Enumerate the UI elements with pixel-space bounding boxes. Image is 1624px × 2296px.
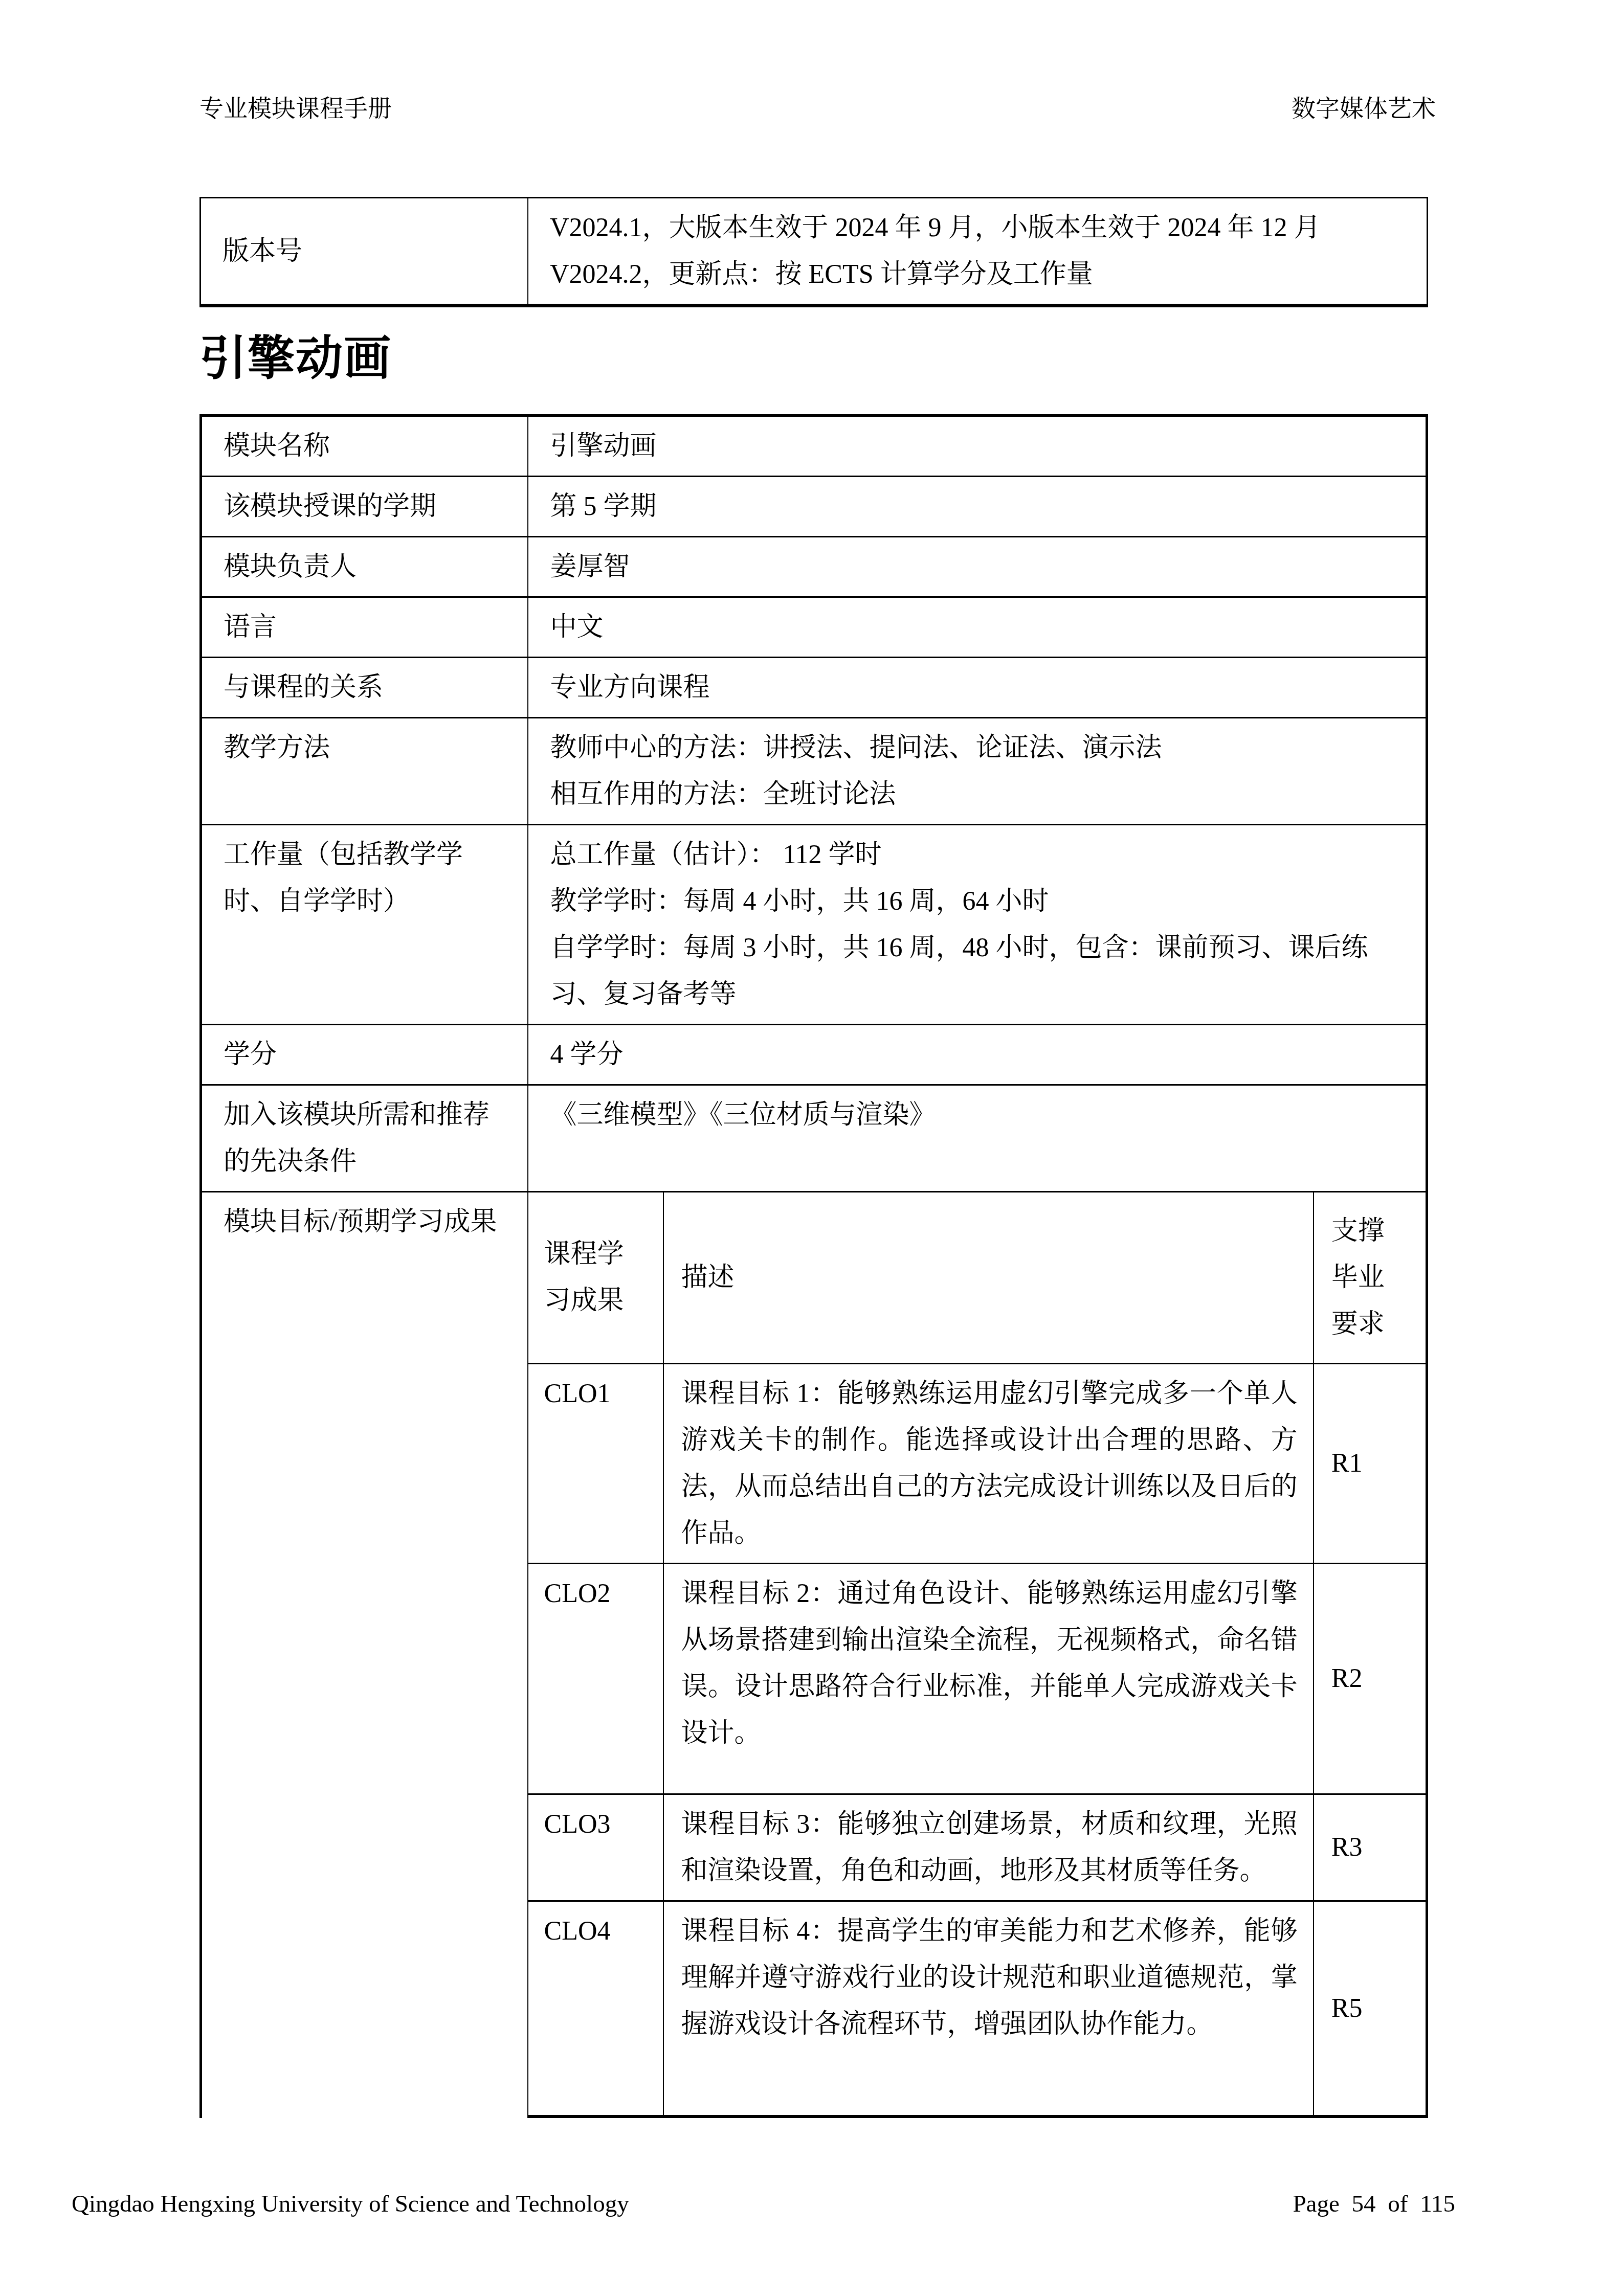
- header-right-text: 数字媒体艺术: [1292, 95, 1436, 123]
- row-label: 模块名称: [201, 415, 528, 476]
- clo-description: 课程目标 2：通过角色设计、能够熟练运用虚幻引擎从场景搭建到输出渲染全流程，无视…: [663, 1563, 1314, 1794]
- outcomes-header-row: 课程学习成果 描述 支撑毕业要求: [528, 1192, 1426, 1364]
- row-value: 第 5 学期: [528, 476, 1427, 536]
- page-content: 版本号 V2024.1，大版本生效于 2024 年 9 月，小版本生效于 202…: [199, 197, 1428, 2118]
- row-label: 教学方法: [201, 717, 528, 824]
- table-row-prerequisites: 加入该模块所需和推荐的先决条件 《三维模型》《三位材质与渲染》: [201, 1085, 1427, 1191]
- table-row-credits: 学分 4 学分: [201, 1024, 1427, 1085]
- table-row-workload: 工作量（包括教学学时、自学学时） 总工作量（估计）： 112 学时 教学学时：每…: [201, 824, 1427, 1024]
- row-label: 学分: [201, 1024, 528, 1085]
- outcomes-row-clo3: CLO3 课程目标 3：能够独立创建场景，材质和纹理，光照和渲染设置，角色和动画…: [528, 1794, 1426, 1901]
- workload-line-1: 总工作量（估计）： 112 学时: [550, 831, 1410, 878]
- clo-description: 课程目标 1：能够熟练运用虚幻引擎完成多一个单人游戏关卡的制作。能选择或设计出合…: [663, 1363, 1314, 1563]
- teaching-method-line-2: 相互作用的方法：全班讨论法: [550, 771, 1410, 818]
- header-left-text: 专业模块课程手册: [199, 95, 392, 123]
- table-row-module-leader: 模块负责人 姜厚智: [201, 536, 1427, 597]
- row-label: 加入该模块所需和推荐的先决条件: [201, 1085, 528, 1191]
- clo-requirement: R2: [1314, 1563, 1426, 1794]
- outcomes-row-clo2: CLO2 课程目标 2：通过角色设计、能够熟练运用虚幻引擎从场景搭建到输出渲染全…: [528, 1563, 1426, 1794]
- table-row-curriculum-relation: 与课程的关系 专业方向课程: [201, 657, 1427, 717]
- row-value: 引擎动画: [528, 415, 1427, 476]
- footer-institution-text: Qingdao Hengxing University of Science a…: [72, 2190, 629, 2218]
- outcomes-col-header-clo: 课程学习成果: [528, 1192, 663, 1364]
- clo-id: CLO1: [528, 1363, 663, 1563]
- row-value: 专业方向课程: [528, 657, 1427, 717]
- module-table: 模块名称 引擎动画 该模块授课的学期 第 5 学期 模块负责人 姜厚智 语言 中…: [199, 414, 1428, 2118]
- table-row-semester: 该模块授课的学期 第 5 学期: [201, 476, 1427, 536]
- version-line-2: V2024.2，更新点：按 ECTS 计算学分及工作量: [550, 251, 1411, 298]
- outcomes-label: 模块目标/预期学习成果: [201, 1191, 528, 2118]
- clo-description: 课程目标 3：能够独立创建场景，材质和纹理，光照和渲染设置，角色和动画，地形及其…: [663, 1794, 1314, 1901]
- outcomes-row-clo4: CLO4 课程目标 4：提高学生的审美能力和艺术修养，能够理解并遵守游戏行业的设…: [528, 1901, 1426, 2117]
- row-label: 该模块授课的学期: [201, 476, 528, 536]
- row-value: 中文: [528, 597, 1427, 657]
- outcomes-cell: 课程学习成果 描述 支撑毕业要求 CLO1 课程目标 1：能够熟练运用虚幻引擎完…: [528, 1191, 1427, 2118]
- table-row-outcomes: 模块目标/预期学习成果 课程学习成果 描述 支撑毕业要求: [201, 1191, 1427, 2118]
- row-value: 姜厚智: [528, 536, 1427, 597]
- row-value: 教师中心的方法：讲授法、提问法、论证法、演示法 相互作用的方法：全班讨论法: [528, 717, 1427, 824]
- clo-id: CLO3: [528, 1794, 663, 1901]
- row-label: 工作量（包括教学学时、自学学时）: [201, 824, 528, 1024]
- page-header: 专业模块课程手册 数字媒体艺术: [199, 95, 1436, 123]
- version-label: 版本号: [201, 198, 528, 306]
- row-label: 与课程的关系: [201, 657, 528, 717]
- outcomes-table: 课程学习成果 描述 支撑毕业要求 CLO1 课程目标 1：能够熟练运用虚幻引擎完…: [528, 1192, 1426, 2118]
- table-row-language: 语言 中文: [201, 597, 1427, 657]
- footer-page-number: Page 54 of 115: [1293, 2190, 1455, 2218]
- outcomes-col-header-desc: 描述: [663, 1192, 1314, 1364]
- row-value: 《三维模型》《三位材质与渲染》: [528, 1085, 1427, 1191]
- table-row-module-name: 模块名称 引擎动画: [201, 415, 1427, 476]
- version-table: 版本号 V2024.1，大版本生效于 2024 年 9 月，小版本生效于 202…: [199, 197, 1428, 307]
- outcomes-col-header-req: 支撑毕业要求: [1314, 1192, 1426, 1364]
- workload-line-3: 自学学时：每周 3 小时，共 16 周，48 小时，包含：课前预习、课后练习、复…: [550, 925, 1410, 1018]
- workload-line-2: 教学学时：每周 4 小时，共 16 周，64 小时: [550, 878, 1410, 925]
- document-page: 专业模块课程手册 数字媒体艺术 版本号 V2024.1，大版本生效于 2024 …: [0, 0, 1624, 2296]
- version-line-1: V2024.1，大版本生效于 2024 年 9 月，小版本生效于 2024 年 …: [550, 205, 1411, 251]
- row-value: 4 学分: [528, 1024, 1427, 1085]
- teaching-method-line-1: 教师中心的方法：讲授法、提问法、论证法、演示法: [550, 725, 1410, 771]
- clo-id: CLO2: [528, 1563, 663, 1794]
- page-footer: Qingdao Hengxing University of Science a…: [72, 2190, 1455, 2218]
- outcomes-row-clo1: CLO1 课程目标 1：能够熟练运用虚幻引擎完成多一个单人游戏关卡的制作。能选择…: [528, 1363, 1426, 1563]
- clo-id: CLO4: [528, 1901, 663, 2117]
- row-label: 语言: [201, 597, 528, 657]
- row-value: 总工作量（估计）： 112 学时 教学学时：每周 4 小时，共 16 周，64 …: [528, 824, 1427, 1024]
- page-title: 引擎动画: [199, 332, 1428, 386]
- clo-requirement: R1: [1314, 1363, 1426, 1563]
- table-row-teaching-methods: 教学方法 教师中心的方法：讲授法、提问法、论证法、演示法 相互作用的方法：全班讨…: [201, 717, 1427, 824]
- clo-requirement: R3: [1314, 1794, 1426, 1901]
- clo-requirement: R5: [1314, 1901, 1426, 2117]
- row-label: 模块负责人: [201, 536, 528, 597]
- version-value: V2024.1，大版本生效于 2024 年 9 月，小版本生效于 2024 年 …: [528, 198, 1427, 306]
- version-row: 版本号 V2024.1，大版本生效于 2024 年 9 月，小版本生效于 202…: [201, 198, 1428, 306]
- clo-description: 课程目标 4：提高学生的审美能力和艺术修养，能够理解并遵守游戏行业的设计规范和职…: [663, 1901, 1314, 2117]
